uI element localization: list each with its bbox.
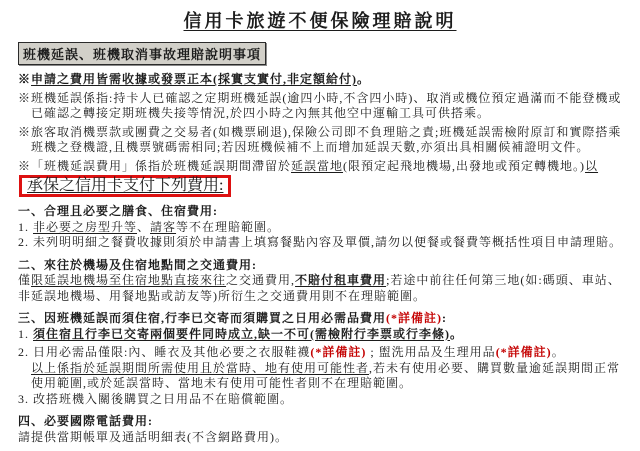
text-segment: 之交通費用, [226,273,295,287]
text-segment: 、 [137,220,150,234]
note-ticket-refund: ※旅客取消機票款或團費之交易者(如機票刷退),保險公司即不負理賠之責;班機延誤需… [18,125,622,156]
text-segment: 申請之費用皆需收據或發票正本(採實支實付,非定額給付) [31,72,357,86]
document: 信用卡旅遊不便保險理賠說明 班機延誤、班機取消事故理賠說明事項 ※申請之費用皆需… [0,0,640,445]
text-segment: 等不在理賠範圍。 [176,220,280,234]
text-segment: (*詳備註) [386,311,442,325]
text-segment: 1. [18,327,33,341]
text-segment: 2. 日用必需品僅限:內、睡衣及其他必要之衣服鞋襪 [18,345,310,359]
section-4-heading: 四、必要國際電話費用: [18,414,622,430]
section-3-item-2-note: 以上係指於延誤期間所需使用且於當時、地有使用可能性者,若未有使用必要、購買數量逾… [18,361,622,392]
text-segment: 限延誤地機場至住宿地點直接來往 [31,273,226,287]
text-segment: : [442,311,447,325]
text-segment: 延誤當地 [291,159,343,173]
text-segment: ※旅客取消機票款或團費之交易者(如機票刷退),保險公司即不負理賠之責;班機延誤需… [18,125,621,155]
red-highlight-text: 承保之信用卡支付下列費用: [27,177,223,194]
section-3-item-1: 1. 須住宿且行李已交寄兩個要件同時成立,缺一不可(需檢附行李票或行李條)。 [18,327,622,343]
text-segment: ; 盥洗用品及生理用品 [366,345,495,359]
text-segment: (*詳備註) [310,345,366,359]
section-2-body: 僅限延誤地機場至住宿地點直接來往之交通費用,不賠付租車費用;若途中前往任何第三地… [18,273,622,304]
text-segment: 一、合理且必要之膳食、住宿費用: [18,204,218,218]
text-segment: 非必要之房型升等 [33,220,137,234]
red-highlight-box: 承保之信用卡支付下列費用: [19,175,231,197]
text-segment: ※ [18,72,31,86]
text-segment: 。 [450,327,463,341]
text-segment: 承保之信用卡支付下列費用: [27,177,223,194]
text-segment: (限預定起飛地機場,出發地或預定轉機地。) [343,159,585,173]
page-title: 信用卡旅遊不便保險理賠說明 [18,7,622,33]
note-delay-definition: ※班機延誤係指:持卡人已確認之定期班機延誤(逾四小時,不含四小時)、取消或機位預… [18,91,622,122]
text-segment: 三、因班機延誤而須住宿,行李已交寄而須購買之日用必需品費用 [18,311,386,325]
section-4-body: 請提供當期帳單及通話明細表(不含網路費用)。 [18,430,622,446]
section-header-box: 班機延誤、班機取消事故理賠說明事項 [18,42,266,65]
text-segment: 請客 [150,220,176,234]
page-title-text: 信用卡旅遊不便保險理賠說明 [184,11,457,31]
section-1-item-2: 2. 未列明明細之餐費收據則須於申請書上填寫餐點內容及單價,請勿以便餐或餐費等概… [18,235,622,251]
text-segment: 僅 [18,273,31,287]
text-segment: 須住宿且行李已交寄兩個要件同時成立,缺一不可(需檢附行李票或行李條) [33,327,450,341]
text-segment: 以上係指於延誤期間所需使用且於當時、地有使用可能性者 [31,361,369,375]
text-segment: 二、來往於機場及住宿地點間之交通費用: [18,258,257,272]
text-segment: ※「班機延誤費用」係指於班機延誤期間滯留於 [18,159,291,173]
text-segment: 。 [357,72,370,86]
text-segment: 2. 未列明明細之餐費收據則須於申請書上填寫餐點內容及單價,請勿以便餐或餐費等概… [18,235,622,249]
section-3-heading: 三、因班機延誤而須住宿,行李已交寄而須購買之日用必需品費用(*詳備註): [18,311,622,327]
text-segment: 。 [552,345,565,359]
text-segment: 以 [585,159,598,173]
text-segment: 四、必要國際電話費用: [18,414,153,428]
text-segment: ※班機延誤係指:持卡人已確認之定期班機延誤(逾四小時,不含四小時)、取消或機位預… [18,91,621,121]
text-segment: 1. [18,220,33,234]
highlighted-line: 承保之信用卡支付下列費用: [18,175,622,197]
note-receipt-requirement: ※申請之費用皆需收據或發票正本(採實支實付,非定額給付)。 [18,72,622,88]
text-segment: (*詳備註) [496,345,552,359]
note-delay-expense: ※「班機延誤費用」係指於班機延誤期間滯留於延誤當地(限預定起飛地機場,出發地或預… [18,159,622,175]
section-1-heading: 一、合理且必要之膳食、住宿費用: [18,204,622,220]
section-1-item-1: 1. 非必要之房型升等、請客等不在理賠範圍。 [18,220,622,236]
section-2-heading: 二、來往於機場及住宿地點間之交通費用: [18,258,622,274]
section-3-item-2: 2. 日用必需品僅限:內、睡衣及其他必要之衣服鞋襪(*詳備註) ; 盥洗用品及生… [18,345,622,361]
text-segment: 不賠付租車費用 [295,273,386,287]
text-segment: 3. 改搭班機入關後購買之日用品不在賠償範圍。 [18,392,293,406]
text-segment: 請提供當期帳單及通話明細表(不含網路費用)。 [18,430,288,444]
section-3-item-3: 3. 改搭班機入關後購買之日用品不在賠償範圍。 [18,392,622,408]
section-header-text: 班機延誤、班機取消事故理賠說明事項 [23,47,261,62]
